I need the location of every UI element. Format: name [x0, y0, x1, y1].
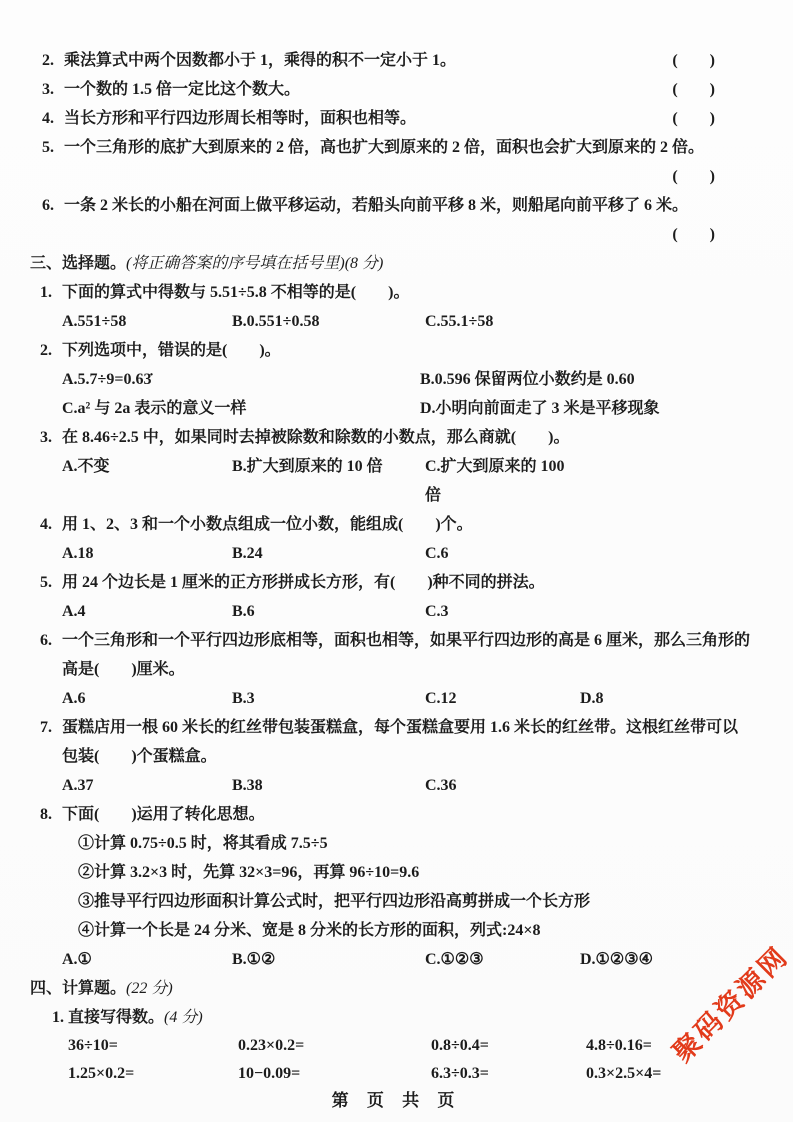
choice-question-3: 3. 在 8.46÷2.5 中，如果同时去掉被除数和除数的小数点，那么商就( )…	[0, 423, 793, 452]
option-b: B.扩大到原来的 10 倍	[232, 452, 425, 510]
option-b: B.0.551÷0.58	[232, 307, 425, 336]
question-text: 一条 2 米长的小船在河面上做平移运动，若船头向前平移 8 米，则船尾向前平移了…	[64, 191, 715, 220]
judge-question-4: 4. 当长方形和平行四边形周长相等时，面积也相等。 ( )	[0, 104, 793, 133]
section-title: 计算题。	[62, 980, 126, 997]
choice-question-6: 6. 一个三角形和一个平行四边形底相等，面积也相等，如果平行四边形的高是 6 厘…	[0, 626, 793, 684]
option-c: C.a² 与 2a 表示的意义一样	[62, 394, 420, 423]
question-number: 2.	[40, 336, 52, 365]
judge-question-5: 5. 一个三角形的底扩大到原来的 2 倍，高也扩大到原来的 2 倍，面积也会扩大…	[0, 133, 793, 162]
section-heading-calc: 四、计算题。(22 分)	[0, 974, 793, 1003]
option-a: A.4	[62, 597, 232, 626]
option-a: A.18	[62, 539, 232, 568]
options-row: A.① B.①② C.①②③ D.①②③④	[0, 945, 793, 974]
answer-parentheses: ( )	[672, 168, 715, 185]
page-footer: 第 页 共 页	[0, 1086, 793, 1111]
section-note: (将正确答案的序号填在括号里)(8 分)	[126, 255, 383, 272]
answer-parentheses: ( )	[672, 104, 715, 133]
option-d	[580, 452, 793, 510]
answer-parentheses-line: ( )	[0, 220, 793, 249]
option-a: A.不变	[62, 452, 232, 510]
judge-question-6: 6. 一条 2 米长的小船在河面上做平移运动，若船头向前平移 8 米，则船尾向前…	[0, 191, 793, 220]
statement-2: ②计算 3.2×3 时，先算 32×3=96，再算 96÷10=9.6	[0, 858, 793, 887]
option-a: A.551÷58	[62, 307, 232, 336]
option-d: D.①②③④	[580, 945, 793, 974]
choice-question-5: 5. 用 24 个边长是 1 厘米的正方形拼成长方形，有( )种不同的拼法。	[0, 568, 793, 597]
question-text: 一个数的 1.5 倍一定比这个数大。	[64, 75, 672, 104]
option-b: B.0.596 保留两位小数约是 0.60	[420, 365, 793, 394]
section-heading-choice: 三、选择题。(将正确答案的序号填在括号里)(8 分)	[0, 249, 793, 278]
options-row: A.37 B.38 C.36	[0, 771, 793, 800]
option-c: C.36	[425, 771, 580, 800]
option-b: B.24	[232, 539, 425, 568]
question-number: 4.	[40, 510, 52, 539]
question-number: 6.	[42, 191, 54, 220]
calc-row: 1.25×0.2= 10−0.09= 6.3÷0.3= 0.3×2.5×4=	[0, 1060, 793, 1088]
option-c: C.①②③	[425, 945, 580, 974]
choice-question-2: 2. 下列选项中，错误的是( )。	[0, 336, 793, 365]
choice-question-7: 7. 蛋糕店用一根 60 米长的红丝带包装蛋糕盒，每个蛋糕盒要用 1.6 米长的…	[0, 713, 793, 771]
options-row: A.551÷58 B.0.551÷0.58 C.55.1÷58	[0, 307, 793, 336]
calc-expression: 0.8÷0.4=	[431, 1032, 586, 1060]
question-stem: 下面( )运用了转化思想。	[62, 806, 265, 823]
choice-question-4: 4. 用 1、2、3 和一个小数点组成一位小数，能组成( )个。	[0, 510, 793, 539]
option-c: C.6	[425, 539, 580, 568]
section-number: 三、	[30, 255, 62, 272]
statement-1: ①计算 0.75÷0.5 时，将其看成 7.5÷5	[0, 829, 793, 858]
option-c: C.12	[425, 684, 580, 713]
question-stem: 下列选项中，错误的是( )。	[62, 342, 281, 359]
question-number: 5.	[42, 133, 54, 162]
answer-parentheses: ( )	[672, 46, 715, 75]
calc-expression: 4.8÷0.16=	[586, 1032, 793, 1060]
answer-parentheses: ( )	[672, 75, 715, 104]
calc-expression: 1.25×0.2=	[68, 1060, 238, 1088]
question-number: 2.	[42, 46, 54, 75]
question-number: 5.	[40, 568, 52, 597]
calc-expression: 0.3×2.5×4=	[586, 1060, 793, 1088]
question-stem: 用 1、2、3 和一个小数点组成一位小数，能组成( )个。	[62, 516, 473, 533]
question-number: 7.	[40, 713, 52, 742]
subquestion-title: 直接写得数。	[64, 1009, 164, 1026]
question-stem: 一个三角形和一个平行四边形底相等，面积也相等，如果平行四边形的高是 6 厘米，那…	[62, 632, 750, 678]
question-number: 8.	[40, 800, 52, 829]
calc-expression: 10−0.09=	[238, 1060, 431, 1088]
options-row: A.5.7÷9=0.63̇ B.0.596 保留两位小数约是 0.60	[0, 365, 793, 394]
choice-question-1: 1. 下面的算式中得数与 5.51÷5.8 不相等的是( )。	[0, 278, 793, 307]
calc-expression: 0.23×0.2=	[238, 1032, 431, 1060]
calc-expression: 6.3÷0.3=	[431, 1060, 586, 1088]
question-stem: 用 24 个边长是 1 厘米的正方形拼成长方形，有( )种不同的拼法。	[62, 574, 545, 591]
statement-3: ③推导平行四边形面积计算公式时，把平行四边形沿高剪拼成一个长方形	[0, 887, 793, 916]
section-note: (22 分)	[126, 980, 173, 997]
option-b: B.6	[232, 597, 425, 626]
option-b: B.38	[232, 771, 425, 800]
question-number: 4.	[42, 104, 54, 133]
options-row: A.不变 B.扩大到原来的 10 倍 C.扩大到原来的 100 倍	[0, 452, 793, 510]
option-b: B.①②	[232, 945, 425, 974]
worksheet-page: 2. 乘法算式中两个因数都小于 1，乘得的积不一定小于 1。 ( ) 3. 一个…	[0, 0, 793, 1122]
choice-question-8: 8. 下面( )运用了转化思想。	[0, 800, 793, 829]
option-a: A.6	[62, 684, 232, 713]
option-d	[580, 597, 793, 626]
statement-4: ④计算一个长是 24 分米、宽是 8 分米的长方形的面积，列式:24×8	[0, 916, 793, 945]
options-row: A.6 B.3 C.12 D.8	[0, 684, 793, 713]
calc-expression: 36÷10=	[68, 1032, 238, 1060]
option-c: C.扩大到原来的 100 倍	[425, 452, 580, 510]
judge-question-3: 3. 一个数的 1.5 倍一定比这个数大。 ( )	[0, 75, 793, 104]
option-d: D.8	[580, 684, 793, 713]
worksheet-content: 2. 乘法算式中两个因数都小于 1，乘得的积不一定小于 1。 ( ) 3. 一个…	[0, 0, 793, 1088]
question-text: 当长方形和平行四边形周长相等时，面积也相等。	[64, 104, 672, 133]
judge-question-2: 2. 乘法算式中两个因数都小于 1，乘得的积不一定小于 1。 ( )	[0, 46, 793, 75]
subquestion-note: (4 分)	[164, 1009, 203, 1026]
option-d	[580, 307, 793, 336]
option-a: A.5.7÷9=0.63̇	[62, 365, 420, 394]
option-d	[580, 771, 793, 800]
answer-parentheses: ( )	[672, 226, 715, 243]
calc-subheading: 1. 直接写得数。(4 分)	[0, 1003, 793, 1032]
option-a: A.37	[62, 771, 232, 800]
option-c: C.55.1÷58	[425, 307, 580, 336]
question-stem: 蛋糕店用一根 60 米长的红丝带包装蛋糕盒，每个蛋糕盒要用 1.6 米长的红丝带…	[62, 719, 738, 765]
calc-row: 36÷10= 0.23×0.2= 0.8÷0.4= 4.8÷0.16=	[0, 1032, 793, 1060]
question-number: 1.	[40, 278, 52, 307]
section-number: 四、	[30, 980, 62, 997]
options-row: A.4 B.6 C.3	[0, 597, 793, 626]
option-c: C.3	[425, 597, 580, 626]
question-stem: 下面的算式中得数与 5.51÷5.8 不相等的是( )。	[62, 284, 409, 301]
subquestion-number: 1.	[52, 1009, 64, 1026]
answer-parentheses-line: ( )	[0, 162, 793, 191]
question-number: 6.	[40, 626, 52, 655]
option-b: B.3	[232, 684, 425, 713]
options-row: A.18 B.24 C.6	[0, 539, 793, 568]
question-number: 3.	[42, 75, 54, 104]
question-stem: 在 8.46÷2.5 中，如果同时去掉被除数和除数的小数点，那么商就( )。	[62, 429, 569, 446]
question-number: 3.	[40, 423, 52, 452]
section-title: 选择题。	[62, 255, 126, 272]
question-text: 乘法算式中两个因数都小于 1，乘得的积不一定小于 1。	[64, 46, 672, 75]
options-row: C.a² 与 2a 表示的意义一样 D.小明向前面走了 3 米是平移现象	[0, 394, 793, 423]
question-text: 一个三角形的底扩大到原来的 2 倍，高也扩大到原来的 2 倍，面积也会扩大到原来…	[64, 133, 715, 162]
option-d	[580, 539, 793, 568]
option-d: D.小明向前面走了 3 米是平移现象	[420, 394, 793, 423]
option-a: A.①	[62, 945, 232, 974]
